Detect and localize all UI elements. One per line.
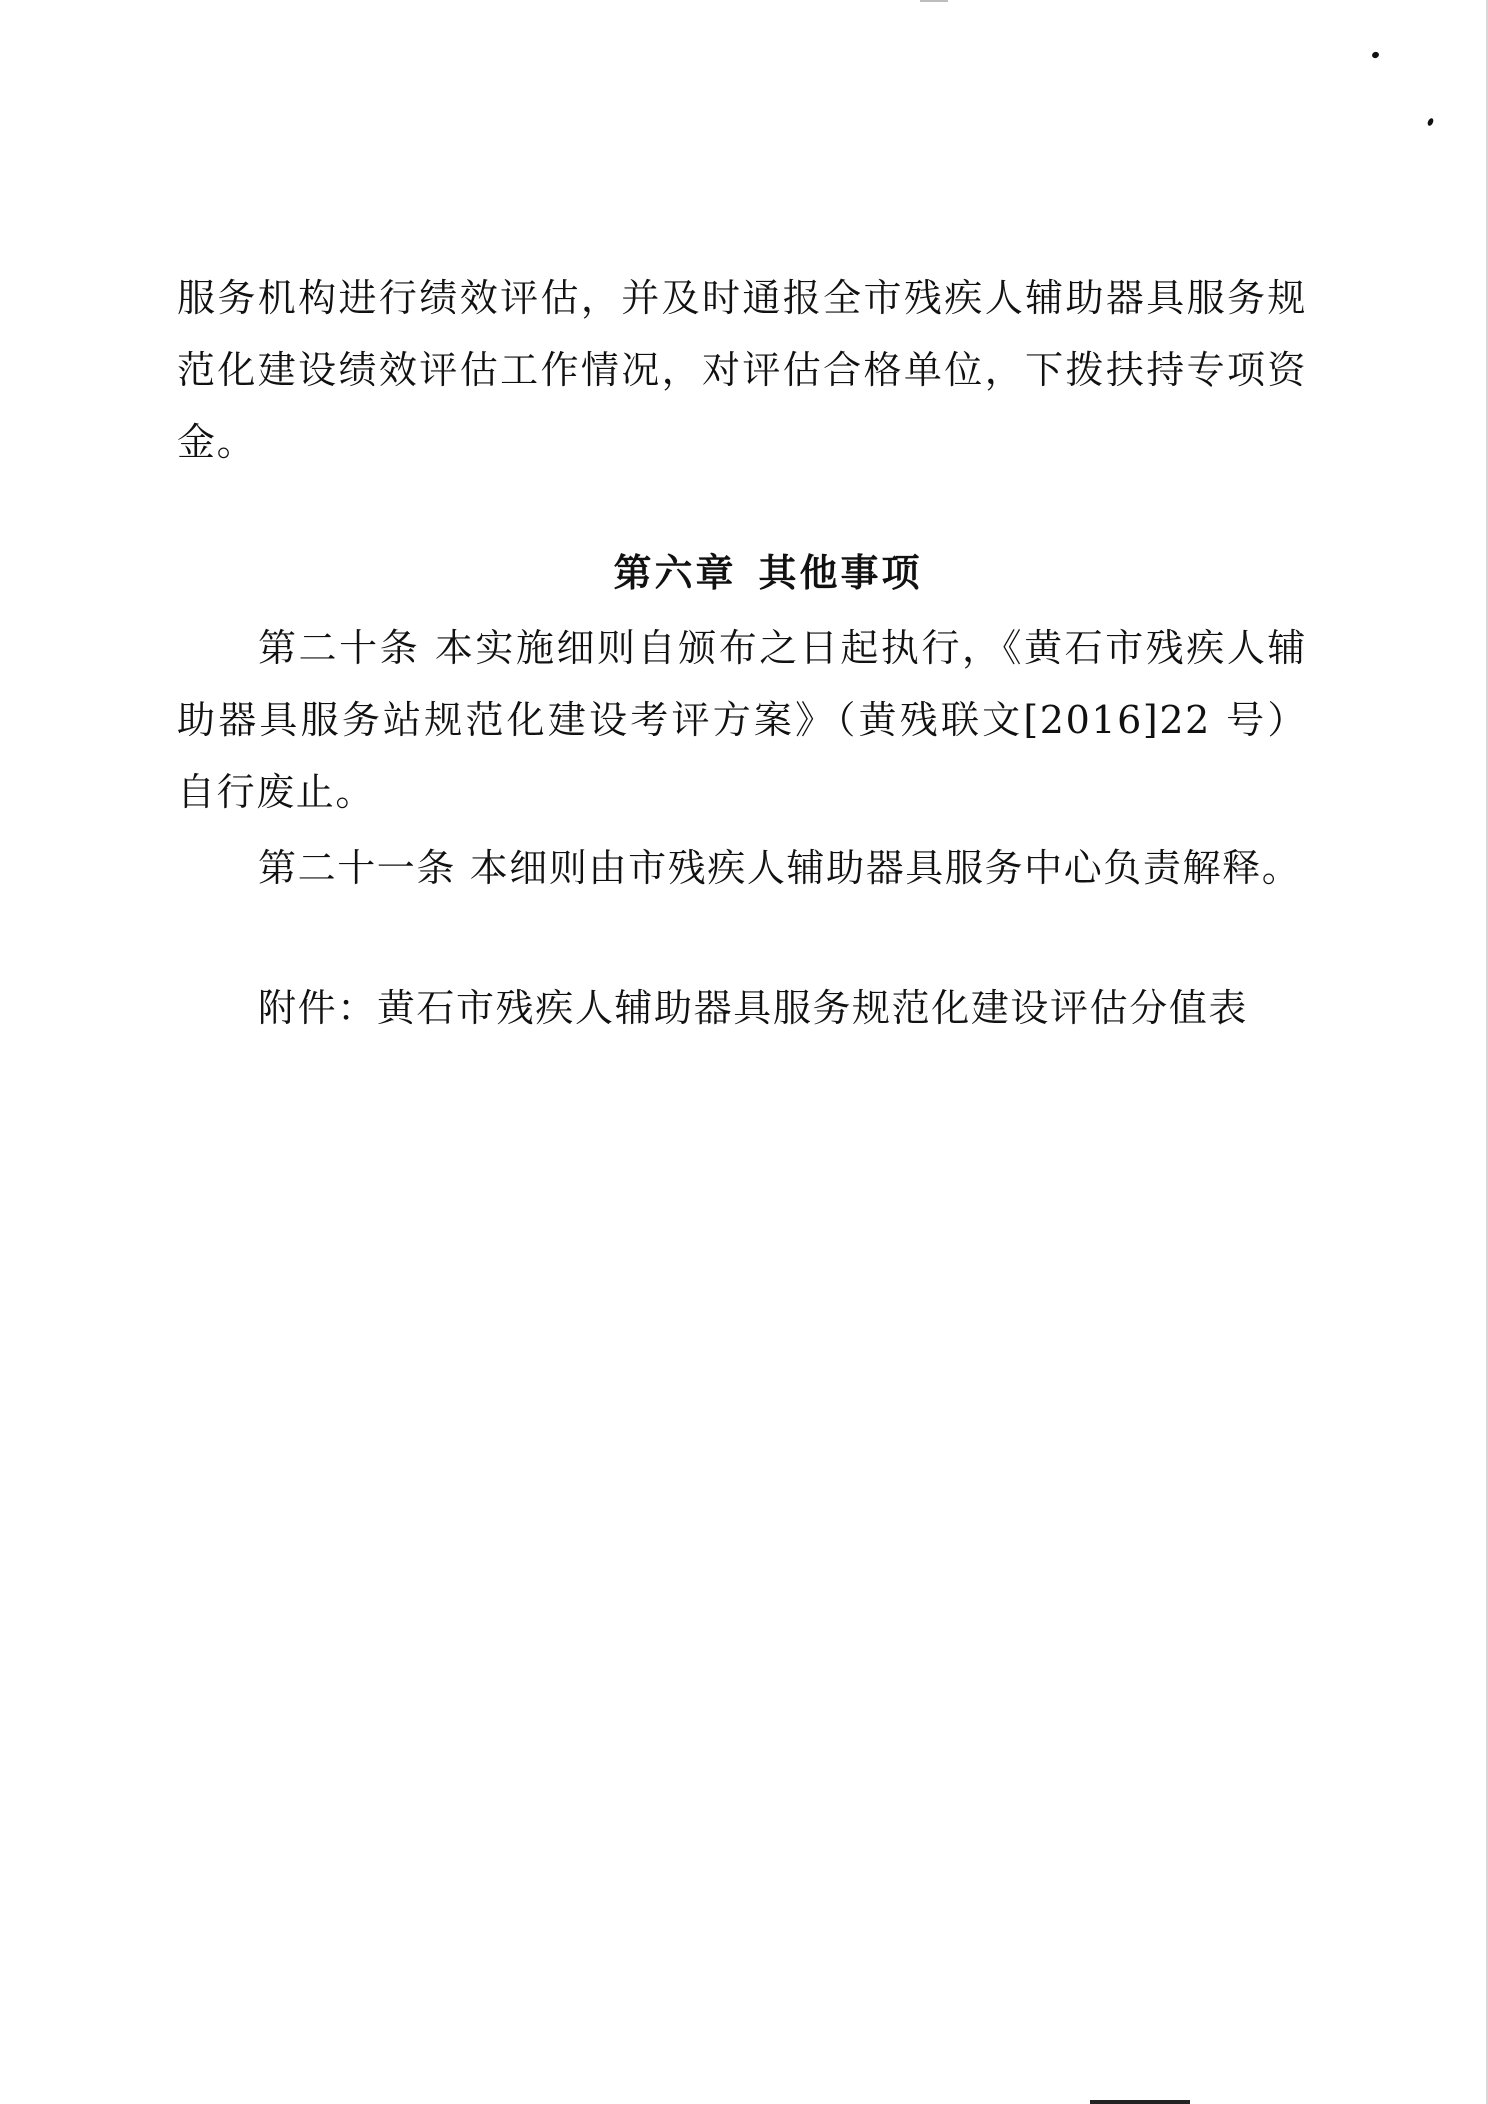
- article-20: 第二十条 本实施细则自颁布之日起执行，《黄石市残疾人辅助器具服务站规范化建设考评…: [177, 612, 1307, 828]
- document-page: 服务机构进行绩效评估，并及时通报全市残疾人辅助器具服务规范化建设绩效评估工作情况…: [0, 0, 1488, 2104]
- article-label: 第二十条: [258, 626, 420, 670]
- chapter-number: 第六章: [613, 551, 736, 595]
- scan-mark: [1090, 2100, 1190, 2104]
- scan-mark: [920, 0, 948, 2]
- attachment-label: 附件：: [258, 986, 377, 1030]
- chapter-heading: 第六章其他事项: [0, 545, 1488, 601]
- scan-speck: [1427, 117, 1435, 126]
- scan-speck: [1371, 51, 1380, 59]
- attachment-note: 附件：黄石市残疾人辅助器具服务规范化建设评估分值表: [177, 972, 1307, 1044]
- article-21: 第二十一条 本细则由市残疾人辅助器具服务中心负责解释。: [177, 832, 1307, 904]
- attachment-title: 黄石市残疾人辅助器具服务规范化建设评估分值表: [377, 986, 1248, 1030]
- continuation-paragraph: 服务机构进行绩效评估，并及时通报全市残疾人辅助器具服务规范化建设绩效评估工作情况…: [177, 262, 1307, 478]
- chapter-title: 其他事项: [759, 551, 923, 595]
- article-label: 第二十一条: [258, 846, 456, 890]
- article-text: 本细则由市残疾人辅助器具服务中心负责解释。: [470, 846, 1302, 890]
